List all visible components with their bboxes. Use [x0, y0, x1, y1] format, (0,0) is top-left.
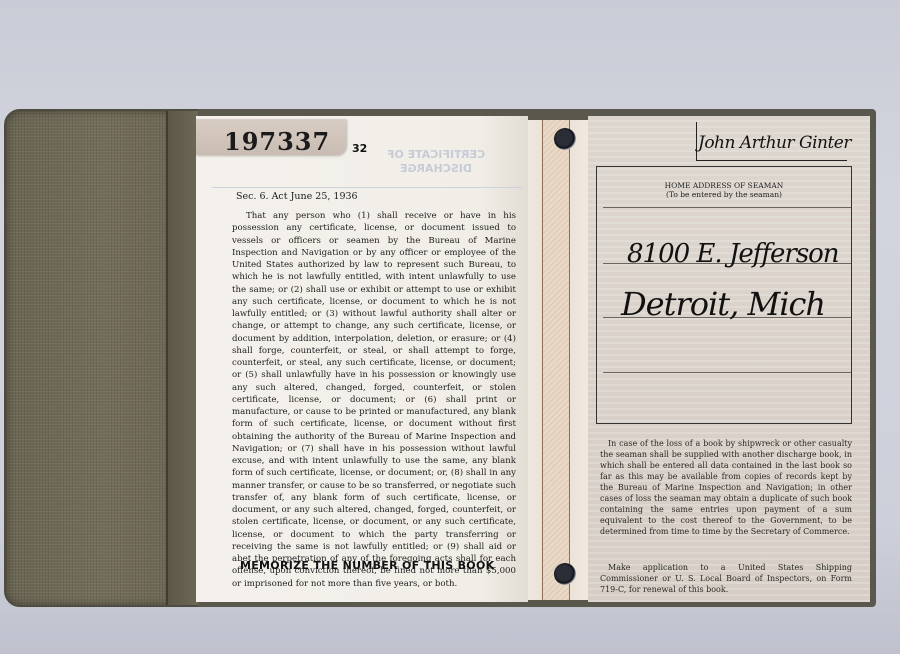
home-address-box: HOME ADDRESS OF SEAMAN (To be entered by…	[596, 166, 852, 424]
section-heading: Sec. 6. Act June 25, 1936	[236, 191, 358, 202]
law-text: That any person who (1) shall receive or…	[232, 210, 516, 590]
cloth-tape	[542, 120, 570, 600]
address-subheading: (To be entered by the seaman)	[597, 190, 851, 199]
address-title: HOME ADDRESS OF SEAMAN (To be entered by…	[597, 181, 851, 199]
address-rule	[603, 372, 851, 373]
signature: John Arthur Ginter	[698, 133, 851, 153]
address-city: Detroit, Mich	[621, 285, 825, 323]
grommet-icon	[554, 128, 576, 150]
book-number-tab: 197337	[196, 119, 346, 155]
binding-strip	[528, 120, 588, 600]
address-rule	[603, 207, 851, 208]
address-street: 8100 E. Jefferson	[627, 239, 839, 269]
cover-fold	[166, 111, 198, 605]
right-page: John Arthur Ginter HOME ADDRESS OF SEAMA…	[588, 116, 870, 602]
front-cover	[4, 109, 198, 607]
bleed-through-rule	[212, 187, 522, 188]
address-heading: HOME ADDRESS OF SEAMAN	[597, 181, 851, 190]
loss-notice: In case of the loss of a book by shipwre…	[600, 438, 852, 537]
memorize-notice: MEMORIZE THE NUMBER OF THIS BOOK	[240, 559, 494, 572]
bleed-through-text: CERTIFICATE OF DISCHARGE	[376, 148, 496, 176]
book-number: 197337	[224, 127, 330, 156]
left-page: 197337 32 CERTIFICATE OF DISCHARGE Sec. …	[196, 116, 528, 602]
page-number: 32	[352, 142, 367, 155]
grommet-icon	[554, 563, 576, 585]
renewal-notice: Make application to a United States Ship…	[600, 562, 852, 595]
